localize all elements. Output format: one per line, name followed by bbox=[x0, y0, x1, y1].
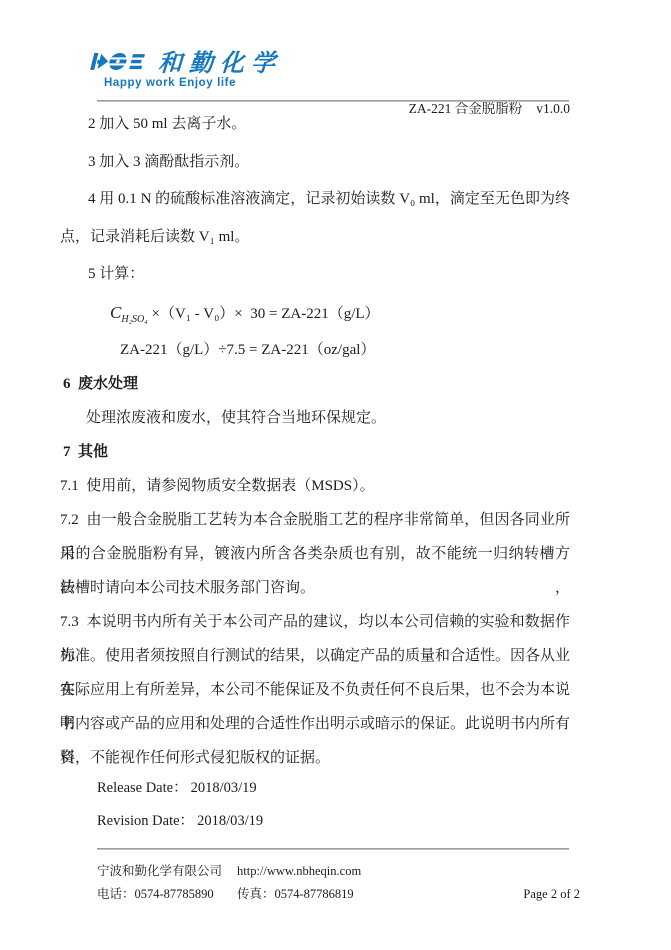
clause-7-3-line: 7.3 本说明书内所有关于本公司产品的建议，均以本公司信赖的实验和数据作为 bbox=[60, 605, 570, 639]
formula-expression: ×（V₁ - V₀）× 30 = ZA-221（g/L） bbox=[148, 306, 380, 322]
header-divider bbox=[97, 100, 569, 102]
formula-ozgal: ZA-221（g/L）÷7.5 = ZA-221（oz/gal） bbox=[60, 332, 570, 370]
procedure-step: 5 计算： bbox=[60, 256, 570, 294]
page-number: Page 2 of 2 bbox=[523, 883, 580, 906]
company-fax: 传真：0574-87786819 bbox=[237, 883, 354, 906]
clause-7-3-line: 标准。使用者须按照自行测试的结果，以确定产品的质量和合适性。因各从业在 bbox=[60, 639, 570, 673]
clause-7-1: 7.1 使用前，请参阅物质安全数据表（MSDS）。 bbox=[60, 469, 570, 503]
section-7-heading: 7 其他 bbox=[60, 435, 570, 469]
document-page: 和勤化学 Happy work Enjoy life ZA-221 合金脱脂粉v… bbox=[0, 0, 671, 950]
clause-7-2-line: 用的合金脱脂粉有异，镀液内所含各类杂质也有别，故不能统一归纳转槽方法， bbox=[60, 537, 570, 571]
footer-row-1: 宁波和勤化学有限公司 http://www.nbheqin.com bbox=[97, 860, 671, 883]
procedure-step: 2 加入 50 ml 去离子水。 bbox=[60, 106, 570, 144]
procedure-step: 4 用 0.1 N 的硫酸标准溶液滴定，记录初始读数 V₀ ml，滴定至无色即为… bbox=[60, 181, 570, 219]
formula-coefficient-subscript: H₂SO₄ bbox=[121, 314, 147, 325]
formula-coefficient: C bbox=[110, 303, 121, 322]
date-block: Release Date：2018/03/19 Revision Date：20… bbox=[97, 772, 263, 838]
formula-gl: CH₂SO₄ ×（V₁ - V₀）× 30 = ZA-221（g/L） bbox=[60, 294, 570, 332]
company-name: 宁波和勤化学有限公司 bbox=[97, 860, 237, 883]
clause-7-3-line: 书内容或产品的应用和处理的合适性作出明示或暗示的保证。此说明书内所有资 bbox=[60, 707, 570, 741]
revision-date: Revision Date：2018/03/19 bbox=[97, 805, 263, 838]
page-footer: 宁波和勤化学有限公司 http://www.nbheqin.com 电话：057… bbox=[97, 860, 671, 906]
brand-tagline: Happy work Enjoy life bbox=[104, 77, 236, 89]
revision-date-value: 2018/03/19 bbox=[197, 813, 263, 829]
company-website: http://www.nbheqin.com bbox=[237, 860, 361, 883]
clause-7-2-line: 7.2 由一般合金脱脂工艺转为本合金脱脂工艺的程序非常简单，但因各同业所采 bbox=[60, 503, 570, 537]
procedure-section: 2 加入 50 ml 去离子水。 3 加入 3 滴酚酞指示剂。 4 用 0.1 … bbox=[60, 106, 570, 369]
clause-7-3-line: 实际应用上有所差异，本公司不能保证及不负责任何不良后果，也不会为本说明 bbox=[60, 673, 570, 707]
sections-6-7: 6 废水处理 处理浓废液和废水，使其符合当地环保规定。 7 其他 7.1 使用前… bbox=[60, 367, 570, 775]
footer-divider bbox=[97, 848, 569, 850]
footer-row-2: 电话：0574-87785890 传真：0574-87786819 bbox=[97, 883, 671, 906]
section-6-heading: 6 废水处理 bbox=[60, 367, 570, 401]
clause-7-3-line: 料，不能视作任何形式侵犯版权的证据。 bbox=[60, 741, 570, 775]
company-phone: 电话：0574-87785890 bbox=[97, 883, 237, 906]
brand-name: 和勤化学 bbox=[157, 52, 282, 76]
hqe-logo-icon bbox=[87, 49, 149, 78]
revision-date-label: Revision Date： bbox=[97, 813, 194, 829]
brand-logo: 和勤化学 bbox=[87, 49, 282, 78]
release-date-label: Release Date： bbox=[97, 780, 188, 796]
release-date: Release Date：2018/03/19 bbox=[97, 772, 263, 805]
procedure-step-continuation: 点，记录消耗后读数 V₁ ml。 bbox=[60, 219, 570, 257]
section-6-paragraph: 处理浓废液和废水，使其符合当地环保规定。 bbox=[60, 401, 570, 435]
release-date-value: 2018/03/19 bbox=[191, 780, 257, 796]
procedure-step: 3 加入 3 滴酚酞指示剂。 bbox=[60, 144, 570, 182]
